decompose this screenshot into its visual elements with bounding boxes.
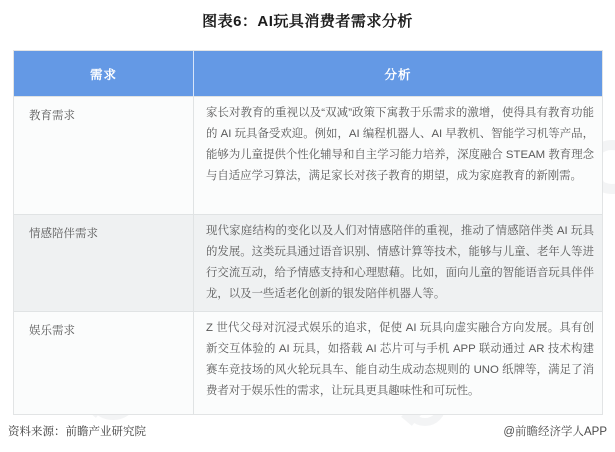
- chart-page: 前瞻产业研究院 前瞻产业研究院 前瞻产业研究院 前瞻产业研究院 图表6：AI玩具…: [0, 0, 615, 452]
- demand-analysis-table: 需求 分析 教育需求 家长对教育的重视以及“双减”政策下寓教于乐需求的激增，使得…: [13, 50, 603, 415]
- column-header-demand: 需求: [14, 51, 194, 96]
- credit-label: @前瞻经济学人APP: [503, 423, 607, 439]
- table-row: 娱乐需求 Z 世代父母对沉浸式娱乐的追求，促使 AI 玩具向虚实融合方向发展。具…: [14, 311, 602, 414]
- table-row: 情感陪伴需求 现代家庭结构的变化以及人们对情感陪伴的重视，推动了情感陪伴类 AI…: [14, 214, 602, 311]
- analysis-cell: 家长对教育的重视以及“双减”政策下寓教于乐需求的激增，使得具有教育功能的 AI …: [194, 97, 602, 214]
- data-source-label: 资料来源：前瞻产业研究院: [8, 423, 146, 439]
- table-row: 教育需求 家长对教育的重视以及“双减”政策下寓教于乐需求的激增，使得具有教育功能…: [14, 96, 602, 214]
- table-header-row: 需求 分析: [14, 51, 602, 96]
- analysis-cell: 现代家庭结构的变化以及人们对情感陪伴的重视，推动了情感陪伴类 AI 玩具的发展。…: [194, 215, 602, 311]
- column-header-analysis: 分析: [194, 51, 602, 96]
- demand-cell: 情感陪伴需求: [14, 215, 194, 311]
- demand-cell: 娱乐需求: [14, 312, 194, 414]
- page-title: 图表6：AI玩具消费者需求分析: [0, 10, 615, 31]
- demand-cell: 教育需求: [14, 97, 194, 214]
- analysis-cell: Z 世代父母对沉浸式娱乐的追求，促使 AI 玩具向虚实融合方向发展。具有创新交互…: [194, 312, 602, 414]
